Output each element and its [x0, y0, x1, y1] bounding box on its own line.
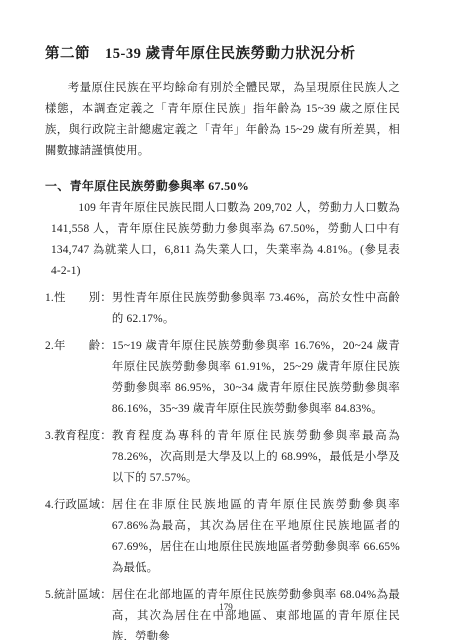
- list-item-label: 1.性 別：: [45, 288, 112, 330]
- intro-paragraph: 考量原住民族在平均餘命有別於全體民眾，為呈現原住民族人之樣態，本調查定義之「青年…: [45, 78, 400, 162]
- document-page: 第二節 15-39 歲青年原住民族勞動力狀況分析 考量原住民族在平均餘命有別於全…: [0, 0, 452, 640]
- list-item-text: 15~19 歲青年原住民族勞動參與率 16.76%，20~24 歲青年原住民族勞…: [112, 336, 400, 420]
- page-title: 第二節 15-39 歲青年原住民族勞動力狀況分析: [45, 42, 400, 63]
- list-item-label: 2.年 齡：: [45, 336, 112, 420]
- list-item-text: 居住在非原住民族地區的青年原住民族勞動參與率 67.86%為最高，其次為居住在平…: [112, 495, 400, 579]
- list-item-statistical-area: 5.統計區域： 居住在北部地區的青年原住民族勞動參與率 68.04%為最高，其次…: [45, 585, 400, 640]
- list-item-label: 3.教育程度：: [45, 426, 112, 489]
- list-item-education: 3.教育程度： 教育程度為專科的青年原住民族勞動參與率最高為 78.26%，次高…: [45, 426, 400, 489]
- list-item-text: 男性青年原住民族勞動參與率 73.46%，高於女性中高齡的 62.17%。: [112, 288, 400, 330]
- list-item-label: 4.行政區域：: [45, 495, 112, 579]
- list-item-age: 2.年 齡： 15~19 歲青年原住民族勞動參與率 16.76%，20~24 歲…: [45, 336, 400, 420]
- list-item-gender: 1.性 別： 男性青年原住民族勞動參與率 73.46%，高於女性中高齡的 62.…: [45, 288, 400, 330]
- list-item-label: 5.統計區域：: [45, 585, 112, 640]
- list-item-administrative-area: 4.行政區域： 居住在非原住民族地區的青年原住民族勞動參與率 67.86%為最高…: [45, 495, 400, 579]
- page-number: 179: [0, 602, 452, 612]
- section-heading: 一、青年原住民族勞動參與率 67.50%: [45, 177, 400, 194]
- section-intro-paragraph: 109 年青年原住民族民間人口數為 209,702 人，勞動力人口數為 141,…: [45, 198, 400, 282]
- list-item-text: 教育程度為專科的青年原住民族勞動參與率最高為 78.26%，次高則是大學及以上的…: [112, 426, 400, 489]
- list-item-text: 居住在北部地區的青年原住民族勞動參與率 68.04%為最高，其次為居住在中部地區…: [112, 585, 400, 640]
